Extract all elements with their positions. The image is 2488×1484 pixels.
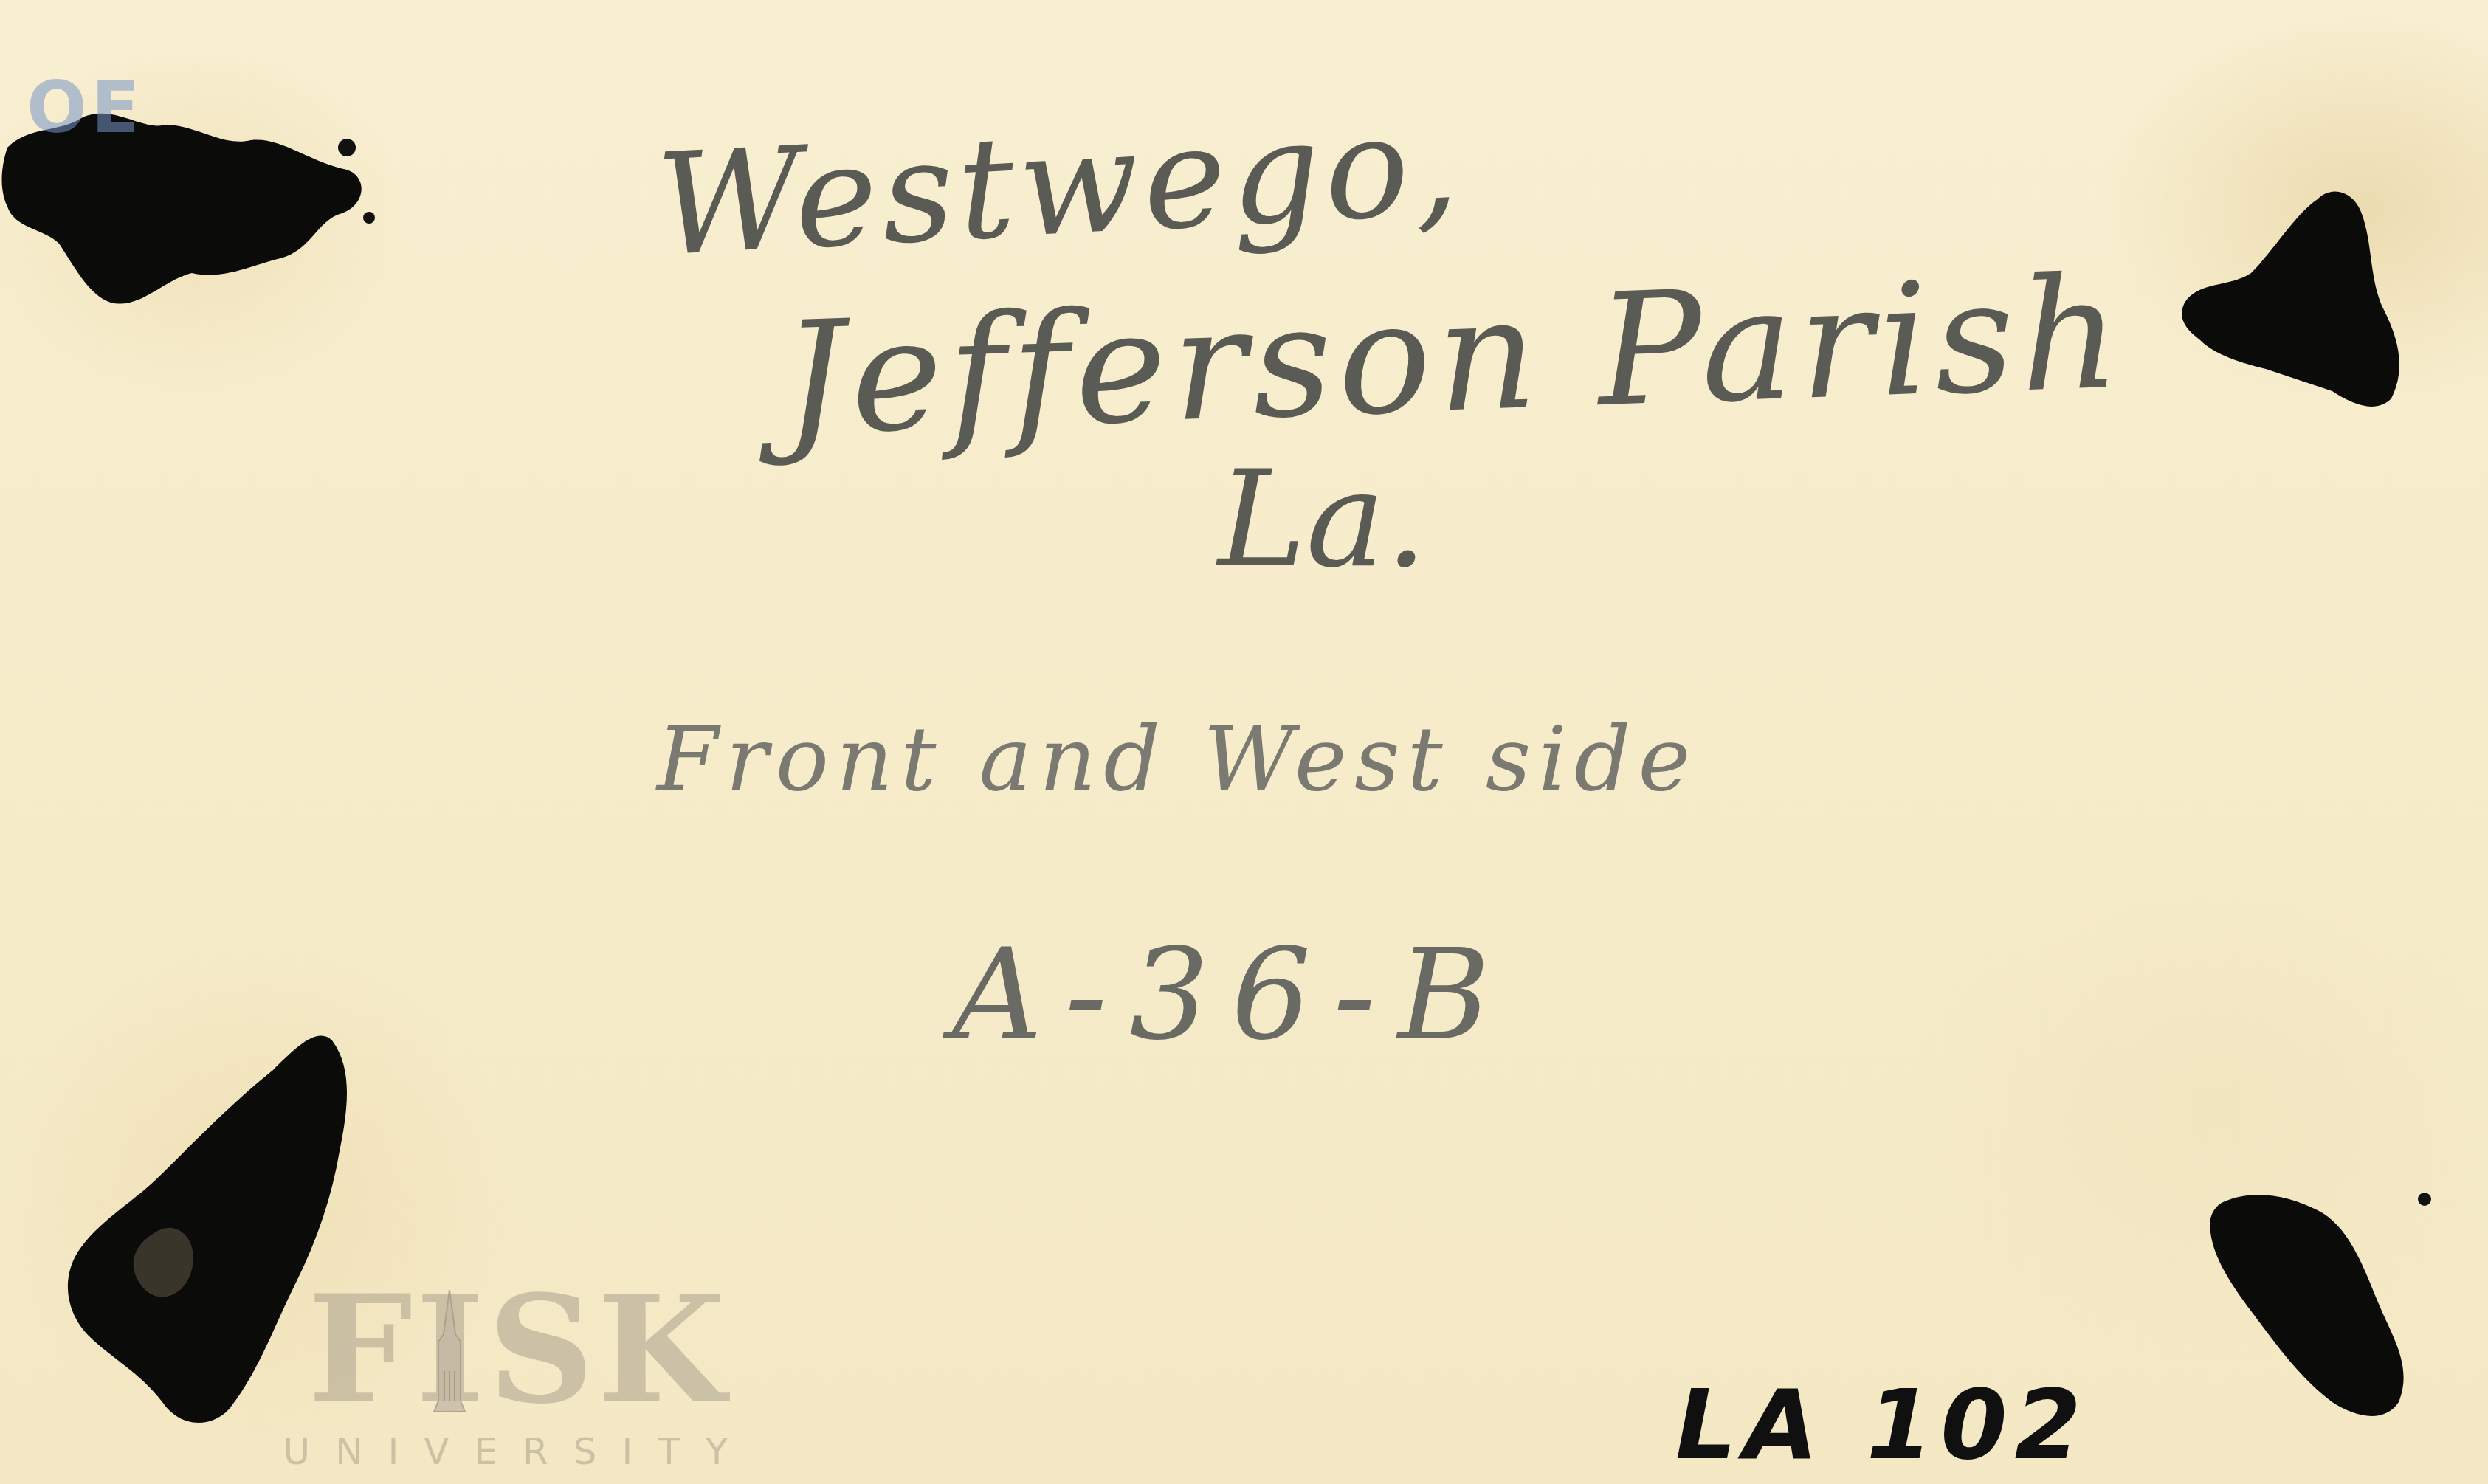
- handwritten-catalog-number: A-36-B: [952, 922, 1512, 1069]
- watermark-name: FISK: [308, 1263, 728, 1437]
- archival-card: OE Westwego, Jefferson Parish La. Front …: [0, 0, 2488, 1484]
- marker-catalog-label: LA 102: [1675, 1369, 2089, 1481]
- watermark-fisk-wordmark: FISK: [267, 1277, 769, 1424]
- watermark-subtitle: UNIVERSITY: [267, 1430, 769, 1473]
- accession-stamp: OE: [27, 66, 144, 149]
- handwritten-parish: Jefferson Parish: [779, 242, 2129, 469]
- handwritten-state: La.: [1218, 443, 1427, 597]
- bottom-right-adhesive-blot: [2199, 1181, 2436, 1432]
- top-right-adhesive-blot: [2170, 170, 2436, 435]
- fisk-university-watermark: FISK UNIVERSITY: [267, 1277, 769, 1476]
- handwritten-view-description: Front and West side: [657, 708, 1698, 811]
- chapel-spire-icon: [431, 1290, 468, 1426]
- handwritten-town: Westwego,: [653, 83, 1467, 288]
